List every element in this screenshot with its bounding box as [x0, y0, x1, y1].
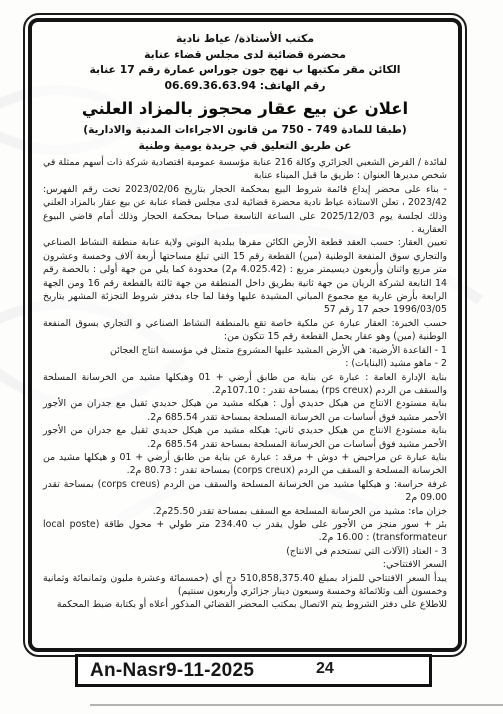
body-paragraph: تعيين العقار: حسب العقد قطعة الأرض الكائ… [43, 236, 447, 316]
body-paragraph: 2 - ماهو مشيد (البنايات) : [43, 357, 447, 370]
newspaper-page: { "office_header": { "lines": [ "مكتب ال… [0, 0, 503, 714]
announcement-body: لفائدة / القرض الشعبي الجزائري وكالة 216… [43, 156, 447, 612]
body-paragraph: حسب الخبرة: العقار عبارة عن ملكية خاصة ت… [43, 317, 447, 344]
publication-method-line: عن طريق التعليق في جريدة يومية وطنية [43, 139, 447, 155]
body-paragraph: بناية عبارة عن مراحيض + دوش + مرقد : عبا… [43, 451, 447, 478]
announcement-title: اعلان عن بيع عقار محجوز بالمزاد العلني [43, 98, 447, 120]
newspaper-footer-strip: An-Nasr9-11-2025 24 [75, 654, 432, 687]
page-divider-line [90, 704, 503, 706]
body-paragraph: 3 - العتاد (الآلات التي تستخدم في الانتا… [43, 545, 447, 558]
document-content: مكتب الأستاذة/ عياط نادية محضرة قضائية ل… [28, 18, 462, 652]
body-paragraph: للاطلاع على دفتر الشروط يتم الاتصال بمكت… [43, 598, 447, 611]
body-paragraph: 1 - القاعدة الأرضية: هي الأرض المشيد علي… [43, 344, 447, 357]
body-paragraph: - بناء على محضر إيداع قائمة شروط البيع ب… [43, 183, 447, 237]
legal-basis-line: (طبقا للمادة 749 - 750 من قانون الاجراءا… [43, 123, 447, 139]
body-paragraph: السعر الافتتاحي: [43, 558, 447, 571]
body-paragraph: بناية الإدارة العامة : عبارة عن بناية من… [43, 371, 447, 398]
body-paragraph: لفائدة / القرض الشعبي الجزائري وكالة 216… [43, 156, 447, 183]
body-paragraph: بئر + سور منجز من الأجور على طول يقدر ب … [43, 518, 447, 545]
office-role-line: محضرة قضائية لدى مجلس قضاء عنابة [43, 47, 447, 63]
document-frame: مكتب الأستاذة/ عياط نادية محضرة قضائية ل… [23, 13, 467, 657]
office-phone-line: رقم الهاتف: 06.69.36.63.94 [43, 78, 447, 94]
page-number: 24 [316, 660, 334, 678]
body-paragraph: يبدأ السعر الافتتاحي للمزاد بمبلغ 510,85… [43, 572, 447, 599]
body-paragraph: بناية مستودع الانتاج من هيكل حديدي ثاني:… [43, 424, 447, 451]
body-paragraph: بناية مستودع الانتاج من هيكل حديدي أول :… [43, 397, 447, 424]
body-paragraph: غرفة حراسة: و هيكلها مشيد من الخرسانة ال… [43, 478, 447, 505]
office-header: مكتب الأستاذة/ عياط نادية محضرة قضائية ل… [43, 31, 447, 93]
office-address-line: الكائن مقر مكتبها ب نهج جون جوراس عمارة … [43, 62, 447, 78]
newspaper-name-date: An-Nasr9-11-2025 [78, 660, 254, 682]
body-paragraph: خزان ماء: مشيد من الخرسانة المسلحة مع ال… [43, 505, 447, 518]
office-name-line: مكتب الأستاذة/ عياط نادية [43, 31, 447, 47]
